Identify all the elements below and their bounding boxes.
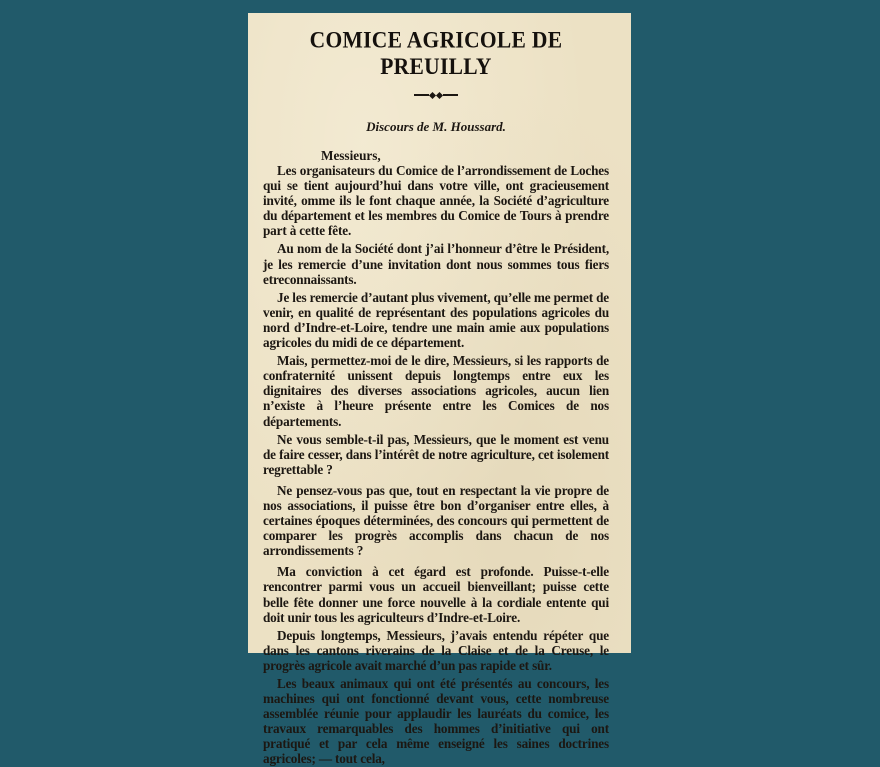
- paragraph: Ne vous semble-t-il pas, Messieurs, que …: [263, 432, 609, 477]
- paragraph: Les organisateurs du Comice de l’arrondi…: [263, 163, 609, 238]
- newspaper-clipping: COMICE AGRICOLE DE PREUILLY Discours de …: [248, 13, 631, 653]
- article-body: Les organisateurs du Comice de l’arrondi…: [263, 163, 609, 666]
- salutation: Messieurs,: [263, 148, 609, 163]
- paragraph: Ne pensez-vous pas que, tout en respecta…: [263, 483, 609, 558]
- paragraph: Au nom de la Société dont j’ai l’honneur…: [263, 241, 609, 286]
- paragraph: Depuis longtemps, Messieurs, j’avais ent…: [263, 628, 609, 666]
- paragraph: Je les remercie d’autant plus vivement, …: [263, 290, 609, 350]
- article-title: COMICE AGRICOLE DE PREUILLY: [263, 27, 609, 80]
- article-subtitle: Discours de M. Houssard.: [263, 119, 609, 135]
- paragraph: Mais, permettez-moi de le dire, Messieur…: [263, 353, 609, 428]
- paragraph: Ma conviction à cet égard est profonde. …: [263, 564, 609, 624]
- ornament-rule-icon: [263, 91, 609, 99]
